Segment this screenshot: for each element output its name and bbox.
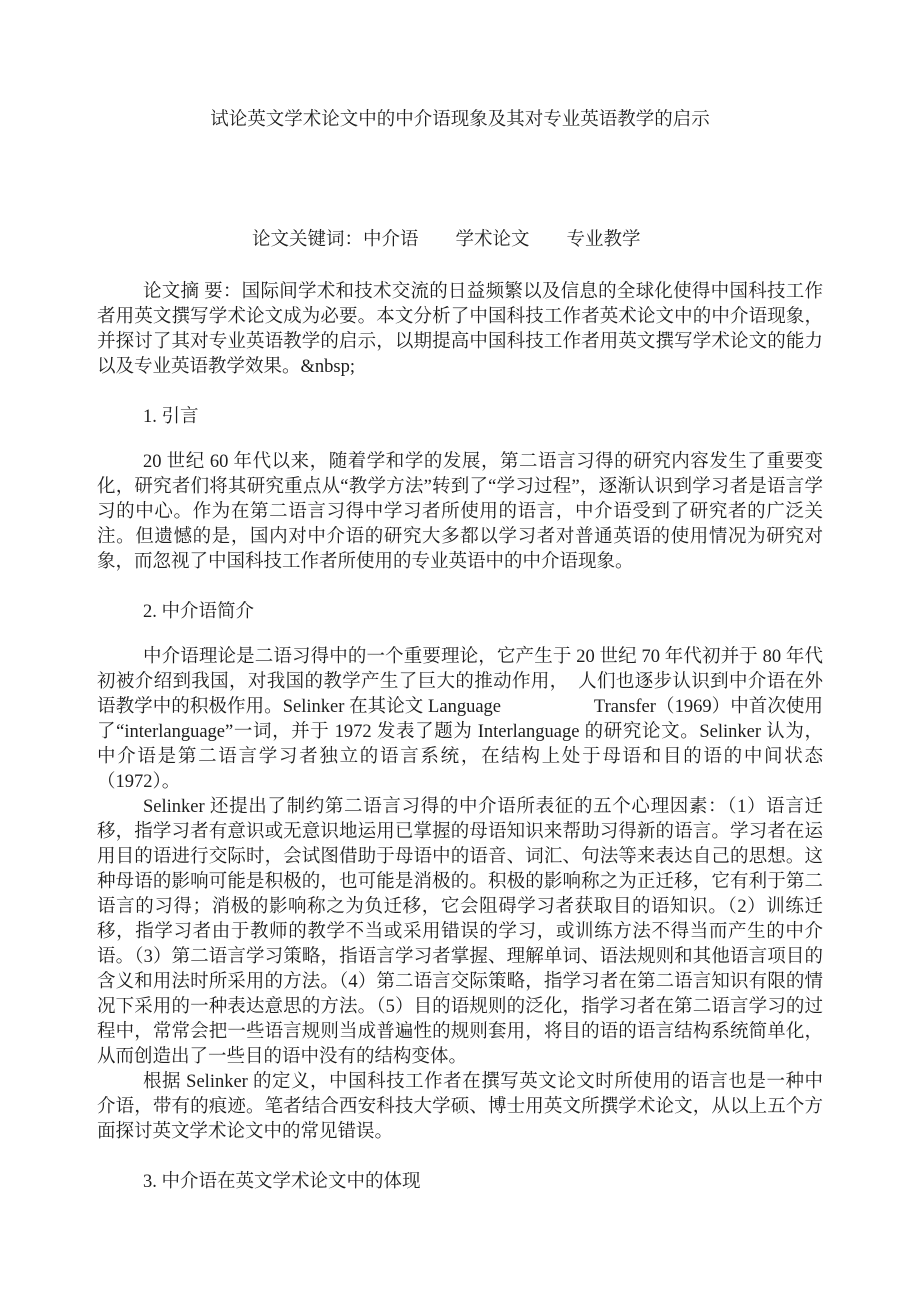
section-3-heading: 3. 中介语在英文学术论文中的体现 [97,1170,823,1195]
section-2-paragraph-3: 根据 Selinker 的定义，中国科技工作者在撰写英文论文时所使用的语言也是一… [97,1070,823,1145]
section-2-paragraph-2: Selinker 还提出了制约第二语言习得的中介语所表征的五个心理因素：（1）语… [97,795,823,1070]
section-1-paragraph-1: 20 世纪 60 年代以来，随着学和学的发展，第二语言习得的研究内容发生了重要变… [97,450,823,575]
abstract-paragraph: 论文摘 要：国际间学术和技术交流的日益频繁以及信息的全球化使得中国科技工作者用英… [97,280,823,380]
keywords-line: 论文关键词：中介语 学术论文 专业教学 [97,228,823,253]
section-2-heading: 2. 中介语简介 [97,600,823,625]
section-1-heading: 1. 引言 [97,405,823,430]
document-title: 试论英文学术论文中的中介语现象及其对专业英语教学的启示 [97,0,823,133]
section-2-paragraph-1: 中介语理论是二语习得中的一个重要理论，它产生于 20 世纪 70 年代初并于 8… [97,645,823,795]
document-page: 试论英文学术论文中的中介语现象及其对专业英语教学的启示 论文关键词：中介语 学术… [0,0,920,1302]
